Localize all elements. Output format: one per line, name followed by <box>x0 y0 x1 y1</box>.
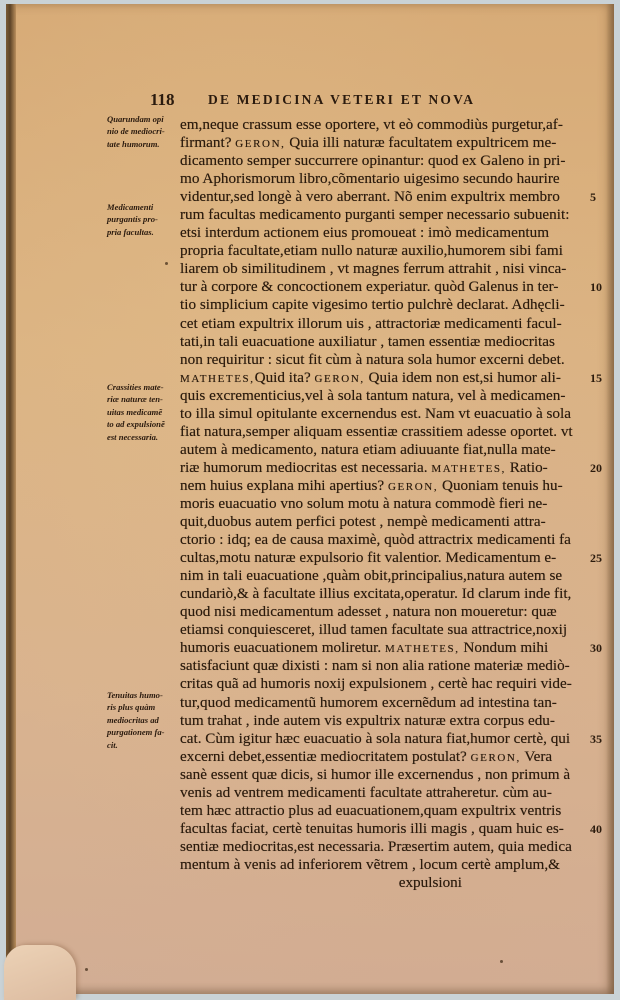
text-line: cultas,motu naturæ expulsorio fit valent… <box>180 549 462 567</box>
text-span: humoris euacuationem moliretur. <box>180 639 385 656</box>
text-line: nem huius explana mihi apertius? GERON, … <box>180 477 462 495</box>
text-line: tur à corpore & concoctionem experiatur.… <box>180 278 462 296</box>
text-line: rum facultas medicamento purganti semper… <box>180 206 462 224</box>
scanned-page-viewer: 118 DE MEDICINA VETERI ET NOVA Quarundam… <box>0 0 620 1000</box>
line-number: 40 <box>590 822 602 837</box>
text-span: Ratio- <box>506 459 548 476</box>
text-line: dicamento semper succurrere opinantur: q… <box>180 152 462 170</box>
page-number: 118 <box>150 90 175 110</box>
text-line: tur,quod medicamentũ humorem excernẽdum … <box>180 694 462 712</box>
text-line: sanè essent quæ dicis, si humor ille exc… <box>180 766 462 784</box>
margin-note-line: purgantis pro- <box>107 213 179 225</box>
text-line: cet etiam expultrix illorum uis , attrac… <box>180 315 462 333</box>
text-span: Nondum mihi <box>460 639 549 656</box>
ink-speck <box>500 960 503 963</box>
text-line: videntur,sed longè à vero aberrant. Nõ e… <box>180 188 462 206</box>
text-line: venis ad ventrem medicamenti facultate a… <box>180 784 462 802</box>
margin-note-line: purgationem fa- <box>107 726 179 738</box>
line-number: 15 <box>590 371 602 386</box>
text-line: autem à medicamento, natura etiam adiuua… <box>180 441 462 459</box>
margin-note: Quarundam opinio de mediocri-tate humoru… <box>107 113 179 150</box>
speaker-name: MATHETES, <box>385 643 460 655</box>
text-line: tem hæc attractio plus ad euacuationem,q… <box>180 802 462 820</box>
margin-note-line: riæ naturæ ten- <box>107 393 179 405</box>
text-line: MATHETES,Quid ita? GERON, Quia idem non … <box>180 369 462 387</box>
text-line: riæ humorum mediocritas est necessaria. … <box>180 459 462 477</box>
page-gutter <box>6 4 16 994</box>
text-span: excerni debet,essentiæ mediocritatem pos… <box>180 748 471 765</box>
text-line: humoris euacuationem moliretur. MATHETES… <box>180 639 462 657</box>
text-line: nim in tali euacuatione ,quàm obit,princ… <box>180 567 462 585</box>
text-line: tum trahat , inde autem vis expultrix na… <box>180 712 462 730</box>
text-line: excerni debet,essentiæ mediocritatem pos… <box>180 748 462 766</box>
speaker-name: GERON, <box>235 138 285 150</box>
text-line: liarem ob similitudinem , vt magnes ferr… <box>180 260 462 278</box>
text-line: cat. Cùm igitur hæc euacuatio à sola nat… <box>180 730 462 748</box>
margin-note-line: mediocritas ad <box>107 714 179 726</box>
text-line: cundariò,& à facultate illius excitata,o… <box>180 585 462 603</box>
margin-note-line: Quarundam opi <box>107 113 179 125</box>
line-number: 30 <box>590 641 602 656</box>
speaker-name: GERON, <box>471 752 521 764</box>
text-span: nem huius explana mihi apertius? <box>180 477 388 494</box>
running-head: DE MEDICINA VETERI ET NOVA <box>208 92 475 108</box>
text-line: etsi interdum actionem eius promoueat : … <box>180 224 462 242</box>
text-line: quit,duobus autem perfici potest , nempè… <box>180 513 462 531</box>
text-line: em,neque crassum esse oportere, vt eò co… <box>180 116 462 134</box>
margin-note: Tenuitas humo-ris plus quàmmediocritas a… <box>107 689 179 751</box>
margin-note-line: Tenuitas humo- <box>107 689 179 701</box>
text-line: mo Aphorismorum libro,cõmentario uigesim… <box>180 170 462 188</box>
line-number: 10 <box>590 280 602 295</box>
margin-note-line: pria facultas. <box>107 226 179 238</box>
text-line: etiamsi conquiesceret, illud tamen facul… <box>180 621 462 639</box>
text-line: tio simplicium capite vigesimo tertio pu… <box>180 296 462 314</box>
scanner-thumb <box>4 945 76 1000</box>
line-number: 20 <box>590 461 602 476</box>
page-right-edge-shadow <box>606 4 614 994</box>
text-line: quis excrementicius,vel à sola tantum na… <box>180 387 462 405</box>
body-text: em,neque crassum esse oportere, vt eò co… <box>180 116 462 892</box>
text-span: Vera <box>521 748 552 765</box>
text-span: Quid ita? <box>255 369 315 386</box>
margin-note-line: tate humorum. <box>107 138 179 150</box>
text-line: facultas faciat, certè tenuitas humoris … <box>180 820 462 838</box>
text-line: mentum à venis ad inferiorem vẽtrem , lo… <box>180 856 462 874</box>
text-line: critas quã ad humoris noxij expulsionem … <box>180 675 462 693</box>
speaker-name: GERON, <box>388 481 438 493</box>
text-line: expulsioni <box>180 874 462 892</box>
line-number: 35 <box>590 732 602 747</box>
margin-note-line: est necessaria. <box>107 431 179 443</box>
text-span: Quoniam tenuis hu- <box>438 477 562 494</box>
text-line: to illa simul opitulante excernendus est… <box>180 405 462 423</box>
text-line: sentiæ mediocritas,est necessaria. Præse… <box>180 838 462 856</box>
text-line: quod nisi medicamentum adesset , natura … <box>180 603 462 621</box>
margin-note-line: cit. <box>107 739 179 751</box>
text-line: moris euacuatio vno solum motu à natura … <box>180 495 462 513</box>
ink-speck <box>165 262 168 265</box>
margin-note: Medicamentipurgantis pro-pria facultas. <box>107 201 179 238</box>
margin-note: Crassities mate-riæ naturæ ten-uitas med… <box>107 381 179 443</box>
margin-note-line: nio de mediocri- <box>107 125 179 137</box>
text-span: riæ humorum mediocritas est necessaria. <box>180 459 431 476</box>
ink-speck <box>85 968 88 971</box>
margin-note-line: to ad expulsionẽ <box>107 418 179 430</box>
text-span: Quia illi naturæ facultatem expultricem … <box>286 134 557 151</box>
speaker-name: MATHETES, <box>431 463 506 475</box>
margin-note-line: ris plus quàm <box>107 701 179 713</box>
margin-note-line: Medicamenti <box>107 201 179 213</box>
text-line: fiat natura,semper aliquam essentiæ cras… <box>180 423 462 441</box>
text-span: firmant? <box>180 134 235 151</box>
line-number: 25 <box>590 551 602 566</box>
line-number: 5 <box>590 190 596 205</box>
speaker-name: MATHETES, <box>180 373 255 385</box>
margin-note-line: Crassities mate- <box>107 381 179 393</box>
speaker-name: GERON, <box>315 373 365 385</box>
text-line: propria facultate,etiam nullo naturæ aux… <box>180 242 462 260</box>
text-line: non requiritur : sicut fit cùm à natura … <box>180 351 462 369</box>
text-line: firmant? GERON, Quia illi naturæ faculta… <box>180 134 462 152</box>
text-line: tati,in tali euacuatione auxiliatur , ta… <box>180 333 462 351</box>
text-line: ctorio : idq; ea de causa maximè, quòd a… <box>180 531 462 549</box>
text-line: satisfaciunt quæ dixisti : nam si non al… <box>180 657 462 675</box>
text-span: Quia idem non est,si humor ali- <box>365 369 561 386</box>
margin-note-line: uitas medicamẽ <box>107 406 179 418</box>
